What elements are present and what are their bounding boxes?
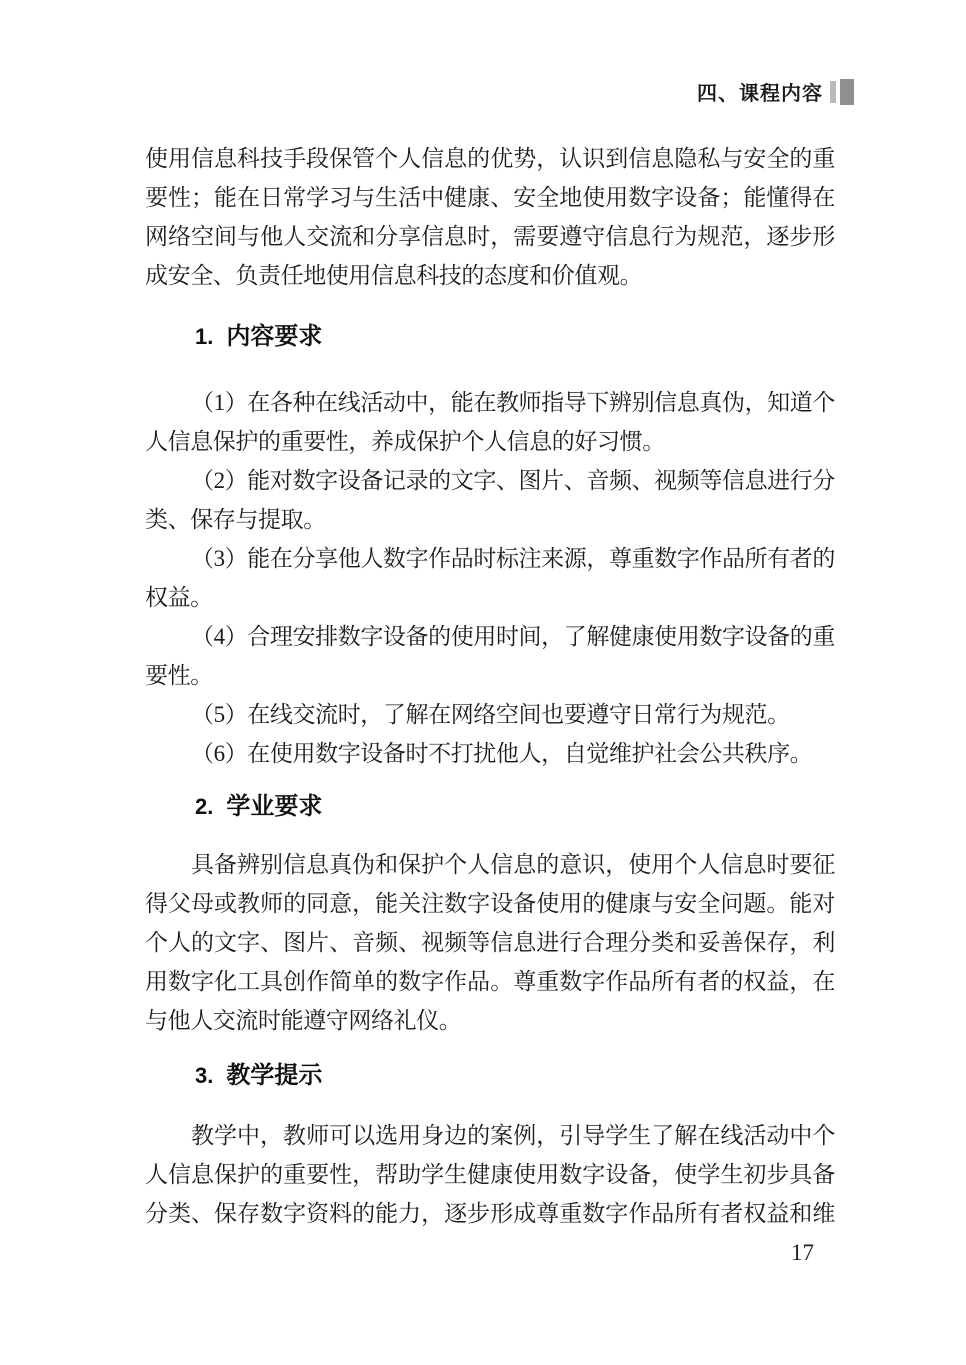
teaching-tips-paragraph: 教学中，教师可以选用身边的案例，引导学生了解在线活动中个 人信息保护的重要性，帮… [145,1116,835,1233]
heading-text: 内容要求 [226,323,322,350]
text-line: 人信息保护的重要性，帮助学生健康使用数字设备，使学生初步具备 [145,1155,835,1194]
text-line: 得父母或教师的同意，能关注数字设备使用的健康与安全问题。能对 [145,884,835,923]
text-line: 网络空间与他人交流和分享信息时，需要遵守信息行为规范，逐步形 [145,217,835,256]
section-heading-content-requirements: 1.内容要求 [145,319,835,355]
text-line: 使用信息科技手段保管个人信息的优势，认识到信息隐私与安全的重 [145,139,835,178]
section-heading-academic-requirements: 2.学业要求 [145,789,835,825]
text-line: 与他人交流时能遵守网络礼仪。 [145,1001,835,1040]
list-item: （1）在各种在线活动中，能在教师指导下辨别信息真伪，知道个 人信息保护的重要性，… [145,383,835,461]
chapter-title: 四、课程内容 [697,77,823,106]
intro-paragraph: 使用信息科技手段保管个人信息的优势，认识到信息隐私与安全的重 要性；能在日常学习… [145,139,835,295]
text-line: （1）在各种在线活动中，能在教师指导下辨别信息真伪，知道个 [145,383,835,422]
text-line: （4）合理安排数字设备的使用时间，了解健康使用数字设备的重 [145,617,835,656]
heading-text: 学业要求 [226,793,322,820]
text-line: （5）在线交流时，了解在网络空间也要遵守日常行为规范。 [145,695,835,734]
text-line: 要性。 [145,656,835,695]
text-line: （6）在使用数字设备时不打扰他人，自觉维护社会公共秩序。 [145,734,835,773]
academic-requirements-paragraph: 具备辨别信息真伪和保护个人信息的意识，使用个人信息时要征 得父母或教师的同意，能… [145,845,835,1040]
text-line: 用数字化工具创作简单的数字作品。尊重数字作品所有者的权益，在 [145,962,835,1001]
text-line: （3）能在分享他人数字作品时标注来源，尊重数字作品所有者的 [145,539,835,578]
heading-text: 教学提示 [226,1062,322,1089]
heading-number: 1. [195,324,213,349]
list-item: （2）能对数字设备记录的文字、图片、音频、视频等信息进行分 类、保存与提取。 [145,461,835,539]
running-head: 四、课程内容 [697,77,854,106]
page-body: 使用信息科技手段保管个人信息的优势，认识到信息隐私与安全的重 要性；能在日常学习… [145,139,835,1233]
section-heading-teaching-tips: 3.教学提示 [145,1058,835,1094]
text-line: 人信息保护的重要性，养成保护个人信息的好习惯。 [145,422,835,461]
header-bar-dark-icon [840,79,854,105]
text-line: 个人的文字、图片、音频、视频等信息进行合理分类和妥善保存，利 [145,923,835,962]
heading-number: 3. [195,1063,213,1088]
text-line: 类、保存与提取。 [145,500,835,539]
list-item: （5）在线交流时，了解在网络空间也要遵守日常行为规范。 [145,695,835,734]
heading-number: 2. [195,794,213,819]
text-line: 权益。 [145,578,835,617]
list-item: （4）合理安排数字设备的使用时间，了解健康使用数字设备的重 要性。 [145,617,835,695]
list-item: （3）能在分享他人数字作品时标注来源，尊重数字作品所有者的 权益。 [145,539,835,617]
page-number: 17 [791,1240,814,1266]
document-page: 四、课程内容 使用信息科技手段保管个人信息的优势，认识到信息隐私与安全的重 要性… [0,0,966,1365]
text-line: 具备辨别信息真伪和保护个人信息的意识，使用个人信息时要征 [145,845,835,884]
text-line: 教学中，教师可以选用身边的案例，引导学生了解在线活动中个 [145,1116,835,1155]
numbered-item-list: （1）在各种在线活动中，能在教师指导下辨别信息真伪，知道个 人信息保护的重要性，… [145,383,835,773]
text-line: 分类、保存数字资料的能力，逐步形成尊重数字作品所有者权益和维 [145,1194,835,1233]
text-line: 成安全、负责任地使用信息科技的态度和价值观。 [145,256,835,295]
list-item: （6）在使用数字设备时不打扰他人，自觉维护社会公共秩序。 [145,734,835,773]
text-line: （2）能对数字设备记录的文字、图片、音频、视频等信息进行分 [145,461,835,500]
header-bar-light-icon [830,81,836,103]
text-line: 要性；能在日常学习与生活中健康、安全地使用数字设备；能懂得在 [145,178,835,217]
